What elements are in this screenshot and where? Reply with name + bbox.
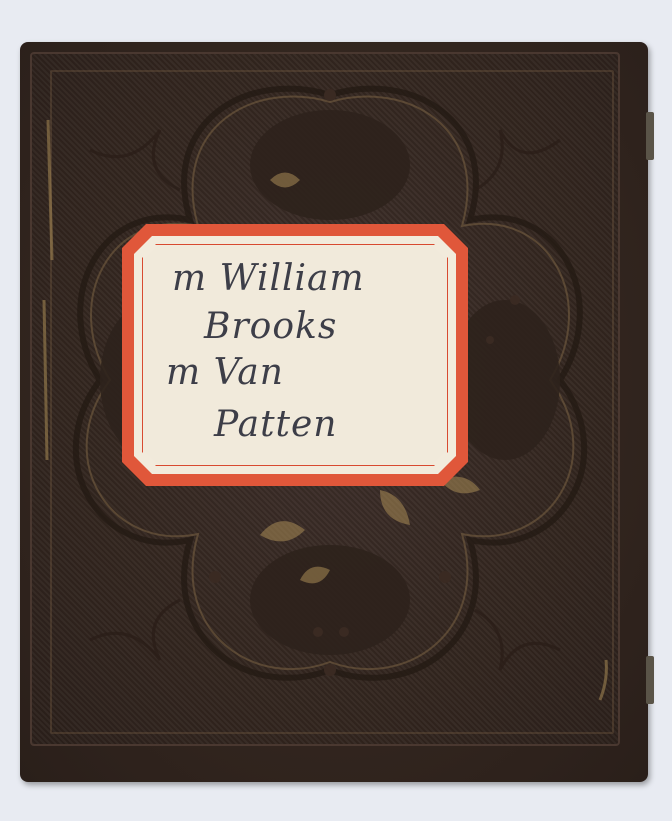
photograph-scene: m William Brooks m Van Patten [0,0,672,821]
label-line-1: m William [172,258,365,299]
label-line-2: Brooks [204,306,337,347]
label-line-4: Patten [214,404,338,445]
handwritten-label: m William Brooks m Van Patten [122,224,468,486]
label-line-3: m Van [166,352,284,393]
